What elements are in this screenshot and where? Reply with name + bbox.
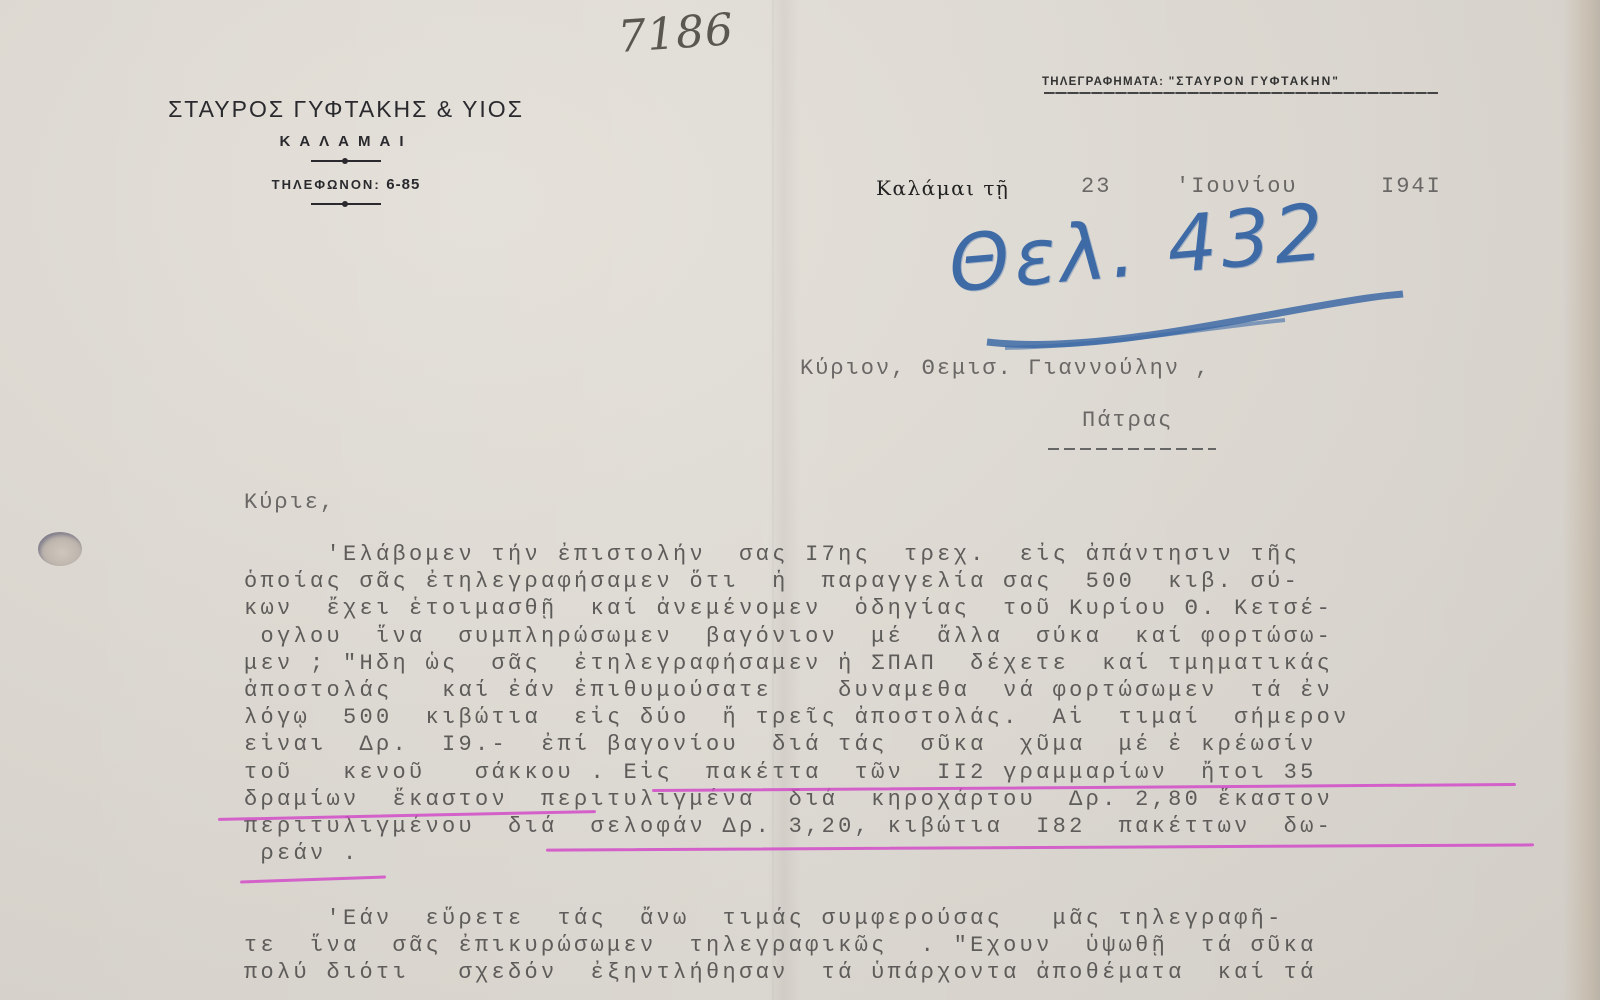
date-day: 23 xyxy=(1081,174,1111,199)
ornament-divider xyxy=(311,160,381,162)
letterhead: ΣΤΑΥΡΟΣ ΓΥΦΤΑΚΗΣ & ΥΙΟΣ ΚΑΛΑΜΑΙ ΤΗΛΕΦΩΝΟ… xyxy=(108,96,584,205)
page-edge-shadow xyxy=(1562,0,1600,1000)
addressee-city: Πάτρας xyxy=(1082,408,1173,433)
body-line: περιτυλιγμένου διά σελοφάν Δρ. 3,20, κιβ… xyxy=(244,814,1333,839)
date-prefix: Καλάμαι τῇ xyxy=(876,176,1009,200)
punch-hole xyxy=(38,532,82,566)
body-line: 'Εάν εὕρετε τάς ἄνω τιμάς συμφερούσας μᾶ… xyxy=(244,906,1284,931)
reference-underline-stroke xyxy=(985,290,1405,360)
letterhead-phone: ΤΗΛΕΦΩΝΟΝ: 6-85 xyxy=(108,176,584,193)
highlight-underline xyxy=(240,875,386,883)
body-line: τε ἵνα σᾶς ἐπικυρώσωμεν τηλεγραφικῶς . "… xyxy=(244,933,1317,958)
body-line: ἀποστολάς καί ἐάν ἐπιθυμούσατε δυναμεθα … xyxy=(244,678,1333,703)
telegraph-rule xyxy=(1044,92,1438,94)
body-line: κων ἔχει ἑτοιμασθῇ καί ἀνεμένομεν ὁδηγία… xyxy=(244,596,1333,621)
handwritten-archive-number: 7186 xyxy=(616,4,735,63)
body-line: ρεάν . xyxy=(244,841,360,866)
highlight-underline xyxy=(546,843,1534,851)
phone-label: ΤΗΛΕΦΩΝΟΝ: xyxy=(272,177,381,192)
body-line: μεν ; "Ηδη ὡς σᾶς ἐτηλεγραφήσαμεν ἡ ΣΠΑΠ… xyxy=(244,651,1333,676)
ornament-divider xyxy=(311,203,381,205)
date-line: Καλάμαι τῇ 23 'Ιουνίου I94I xyxy=(876,176,1009,200)
body-line: εἰναι Δρ. Ι9.- ἐπί βαγονίου διά τάς σῦκα… xyxy=(244,732,1317,757)
body-line: 'Ελάβομεν τήν ἐπιστολήν σας Ι7ης τρεχ. ε… xyxy=(244,542,1300,567)
letterhead-city: ΚΑΛΑΜΑΙ xyxy=(108,133,584,150)
body-line: ὁποίας σᾶς ἐτηλεγραφήσαμεν ὅτι ἡ παραγγε… xyxy=(244,569,1300,594)
phone-number: 6-85 xyxy=(386,176,420,193)
body-line: ογλου ἵνα συμπληρώσωμεν βαγόνιον μέ ἄλλα… xyxy=(244,624,1333,649)
addressee-city-rule xyxy=(1048,448,1216,450)
body-line: τοῦ κενοῦ σάκκου . Εἰς πακέττα τῶν ΙΙ2 γ… xyxy=(244,760,1317,785)
body-line: λόγῳ 500 κιβώτια εἰς δύο ἤ τρεῖς ἀποστολ… xyxy=(244,705,1350,730)
body-line: πολύ διότι σχεδόν ἐξηντλήθησαν τά ὑπάρχο… xyxy=(244,960,1317,985)
telegraph-address: ΤΗΛΕΓΡΑΦΗΜΑΤΑ: "ΣΤΑΥΡΟΝ ΓΥΦΤΑΚΗΝ" xyxy=(1042,74,1340,88)
company-name: ΣΤΑΥΡΟΣ ΓΥΦΤΑΚΗΣ & ΥΙΟΣ xyxy=(108,96,584,123)
addressee-name: Κύριον, Θεμισ. Γιαννούλην , xyxy=(800,356,1210,381)
telegraph-value: "ΣΤΑΥΡΟΝ ΓΥΦΤΑΚΗΝ" xyxy=(1169,74,1340,88)
salutation: Κύριε, xyxy=(244,490,335,515)
telegraph-label: ΤΗΛΕΓΡΑΦΗΜΑΤΑ: xyxy=(1042,76,1164,88)
date-year: I94I xyxy=(1381,174,1442,199)
